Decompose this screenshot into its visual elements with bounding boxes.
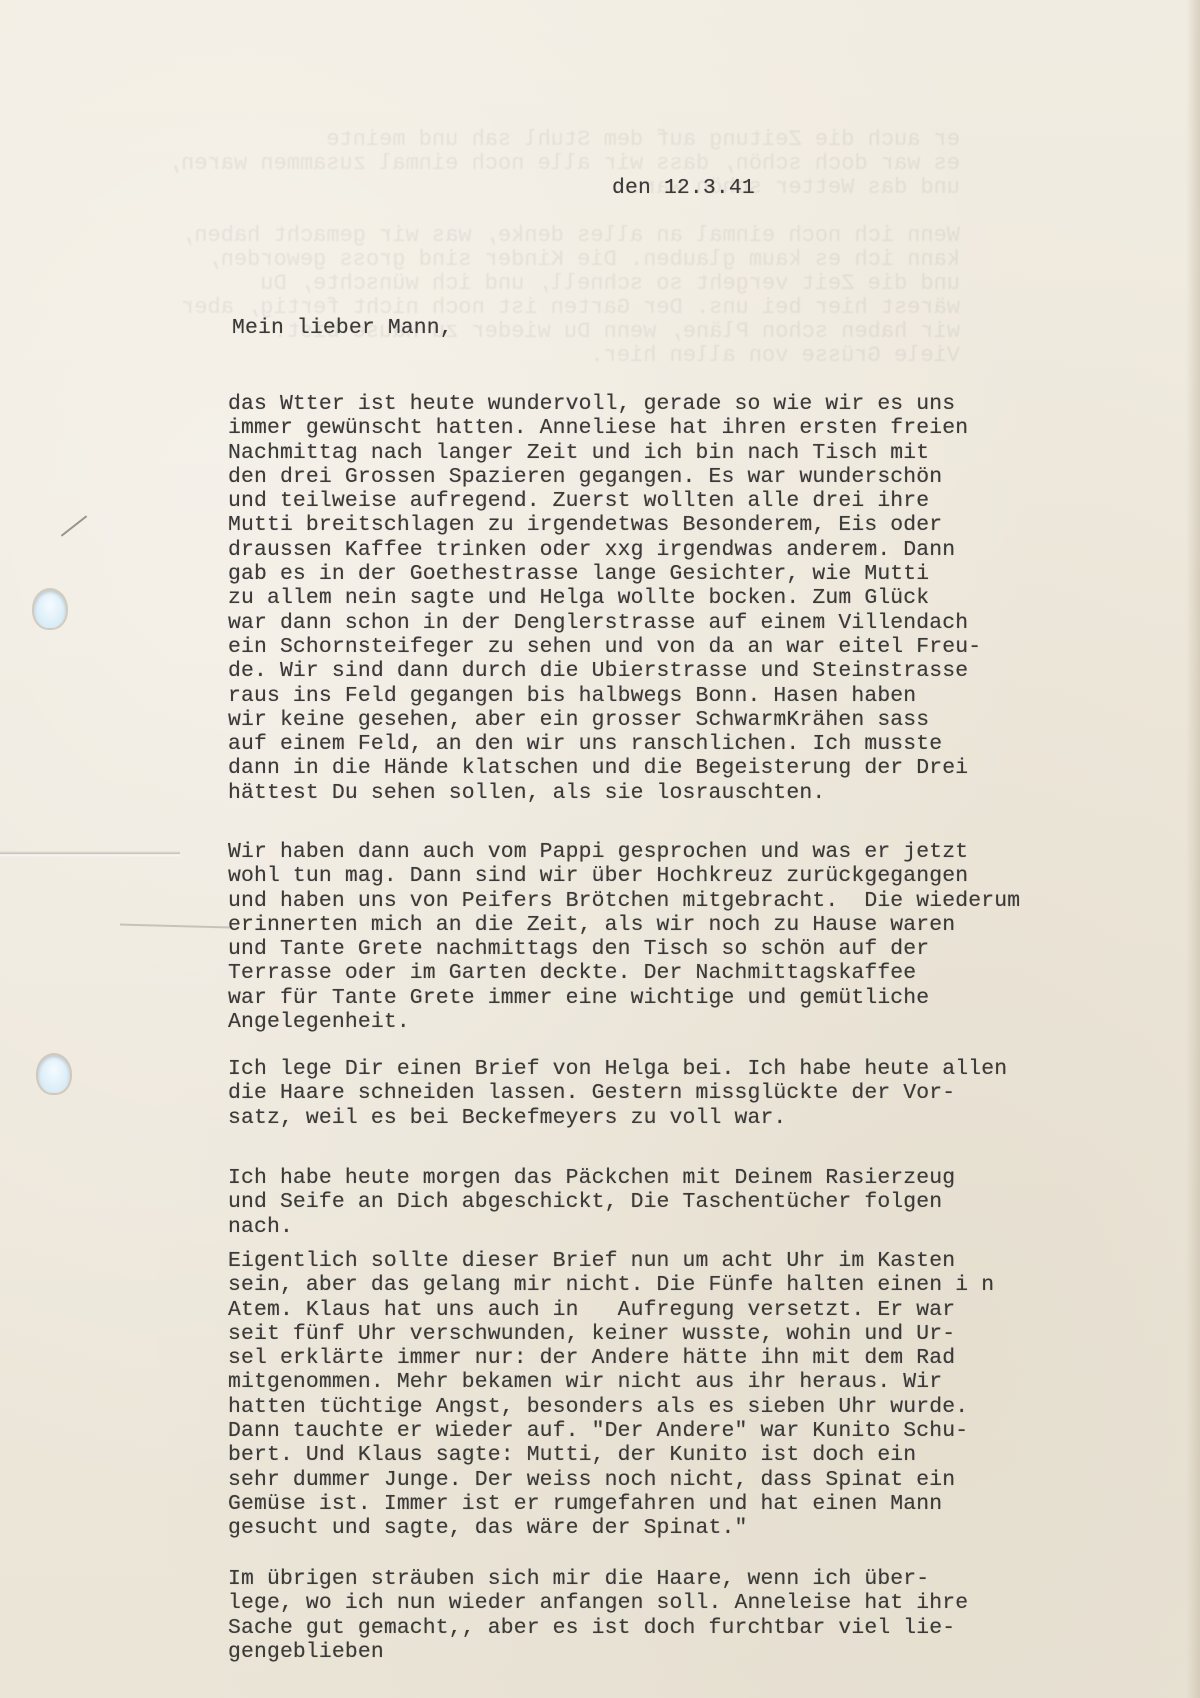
text-line: Ich habe heute morgen das Päckchen mit D… xyxy=(228,1166,955,1190)
letter-page: er auch die Zeitung auf dem Stuhl sah un… xyxy=(0,0,1200,1698)
text-line: gab es in der Goethestrasse lange Gesich… xyxy=(228,562,981,586)
text-line: und Seife an Dich abgeschickt, Die Tasch… xyxy=(228,1190,955,1214)
punch-hole-icon xyxy=(38,1055,70,1093)
letter-salutation: Mein lieber Mann, xyxy=(232,316,453,340)
paper-crease-mark xyxy=(120,924,230,929)
paper-fold-crease xyxy=(0,851,180,857)
text-line: sehr dummer Junge. Der weiss noch nicht,… xyxy=(228,1468,994,1492)
text-line: und Tante Grete nachmittags den Tisch so… xyxy=(228,937,1020,961)
text-line: wir keine gesehen, aber ein grosser Schw… xyxy=(228,708,981,732)
text-line: Ich lege Dir einen Brief von Helga bei. … xyxy=(228,1057,1007,1081)
text-line: immer gewünscht hatten. Anneliese hat ih… xyxy=(228,416,981,440)
text-line: dann in die Hände klatschen und die Bege… xyxy=(228,756,981,780)
paragraph-klaus: Eigentlich sollte dieser Brief nun um ac… xyxy=(228,1249,994,1541)
text-line: und haben uns von Peifers Brötchen mitge… xyxy=(228,889,1020,913)
text-line: Atem. Klaus hat uns auch in Aufregung ve… xyxy=(228,1298,994,1322)
text-line: auf einem Feld, an den wir uns ranschlic… xyxy=(228,732,981,756)
text-line: den drei Grossen Spazieren gegangen. Es … xyxy=(228,465,981,489)
text-line: Mutti breitschlagen zu irgendetwas Beson… xyxy=(228,513,981,537)
paragraph-return: Wir haben dann auch vom Pappi gesprochen… xyxy=(228,840,1020,1034)
text-line: lege, wo ich nun wieder anfangen soll. A… xyxy=(228,1591,968,1615)
punch-hole-icon xyxy=(34,590,66,628)
paragraph-helga-letter: Ich lege Dir einen Brief von Helga bei. … xyxy=(228,1057,1007,1130)
text-line: Angelegenheit. xyxy=(228,1010,1020,1034)
letter-date: den 12.3.41 xyxy=(612,176,755,200)
text-line: de. Wir sind dann durch die Ubierstrasse… xyxy=(228,659,981,683)
text-line: war für Tante Grete immer eine wichtige … xyxy=(228,986,1020,1010)
text-line: Nachmittag nach langer Zeit und ich bin … xyxy=(228,441,981,465)
paragraph-closing: Im übrigen sträuben sich mir die Haare, … xyxy=(228,1567,968,1664)
text-line: gesucht und sagte, das wäre der Spinat." xyxy=(228,1516,994,1540)
text-line: hatten tüchtige Angst, besonders als es … xyxy=(228,1395,994,1419)
text-line: Sache gut gemacht,, aber es ist doch fur… xyxy=(228,1616,968,1640)
text-line: Gemüse ist. Immer ist er rumgefahren und… xyxy=(228,1492,994,1516)
text-line: Dann tauchte er wieder auf. "Der Andere"… xyxy=(228,1419,994,1443)
text-line: zu allem nein sagte und Helga wollte boc… xyxy=(228,586,981,610)
text-line: wohl tun mag. Dann sind wir über Hochkre… xyxy=(228,864,1020,888)
text-line: nach. xyxy=(228,1215,955,1239)
text-line: war dann schon in der Denglerstrasse auf… xyxy=(228,611,981,635)
pencil-scratch-mark xyxy=(61,515,87,536)
text-line: bert. Und Klaus sagte: Mutti, der Kunito… xyxy=(228,1443,994,1467)
text-line: die Haare schneiden lassen. Gestern miss… xyxy=(228,1081,1007,1105)
text-line: satz, weil es bei Beckefmeyers zu voll w… xyxy=(228,1106,1007,1130)
text-line: Terrasse oder im Garten deckte. Der Nach… xyxy=(228,961,1020,985)
text-line: mitgenommen. Mehr bekamen wir nicht aus … xyxy=(228,1370,994,1394)
text-line: und teilweise aufregend. Zuerst wollten … xyxy=(228,489,981,513)
text-line: erinnerten mich an die Zeit, als wir noc… xyxy=(228,913,1020,937)
text-line: hättest Du sehen sollen, als sie losraus… xyxy=(228,781,981,805)
text-line: das Wtter ist heute wundervoll, gerade s… xyxy=(228,392,981,416)
paragraph-walk: das Wtter ist heute wundervoll, gerade s… xyxy=(228,392,981,805)
text-line: Eigentlich sollte dieser Brief nun um ac… xyxy=(228,1249,994,1273)
text-line: gengeblieben xyxy=(228,1640,968,1664)
text-line: Im übrigen sträuben sich mir die Haare, … xyxy=(228,1567,968,1591)
text-line: ein Schornsteifeger zu sehen und von da … xyxy=(228,635,981,659)
text-line: sel erklärte immer nur: der Andere hätte… xyxy=(228,1346,994,1370)
text-line: Wir haben dann auch vom Pappi gesprochen… xyxy=(228,840,1020,864)
text-line: seit fünf Uhr verschwunden, keiner wusst… xyxy=(228,1322,994,1346)
text-line: raus ins Feld gegangen bis halbwegs Bonn… xyxy=(228,684,981,708)
paragraph-package: Ich habe heute morgen das Päckchen mit D… xyxy=(228,1166,955,1239)
paper-edge-shadow xyxy=(1186,0,1200,1698)
text-line: sein, aber das gelang mir nicht. Die Fün… xyxy=(228,1273,994,1297)
text-line: draussen Kaffee trinken oder xxg irgendw… xyxy=(228,538,981,562)
